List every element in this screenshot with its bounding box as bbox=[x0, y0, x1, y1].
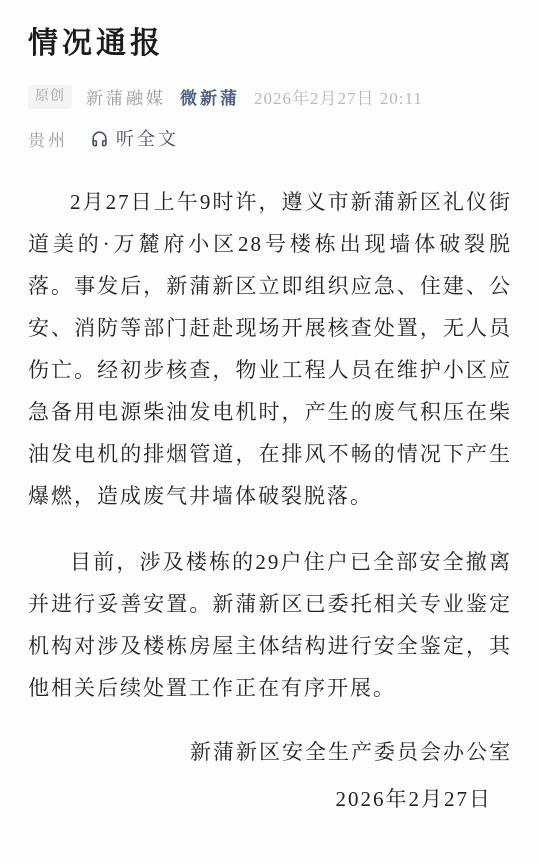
location-label: 贵州 bbox=[28, 126, 68, 151]
listen-full-text-label: 听全文 bbox=[116, 125, 179, 151]
signature-date: 2026年2月27日 bbox=[28, 778, 512, 820]
original-badge: 原创 bbox=[28, 85, 72, 109]
article-meta-row-2: 贵州 听全文 bbox=[28, 125, 512, 151]
wechat-article-page: 情况通报 原创 新蒲融媒 微新蒲 2026年2月27日 20:11 贵州 听全文… bbox=[0, 0, 540, 865]
headphones-icon bbox=[90, 129, 109, 148]
article-title: 情况通报 bbox=[28, 24, 512, 64]
signature-office: 新蒲新区安全生产委员会办公室 bbox=[28, 731, 512, 773]
paragraph-2: 目前，涉及楼栋的29户住户已全部安全撤离并进行妥善安置。新蒲新区已委托相关专业鉴… bbox=[28, 541, 512, 709]
article-body: 2月27日上午9时许，遵义市新蒲新区礼仪街道美的·万麓府小区28号楼栋出现墙体破… bbox=[28, 181, 512, 820]
publish-datetime: 2026年2月27日 20:11 bbox=[254, 84, 423, 109]
listen-full-text-button[interactable]: 听全文 bbox=[90, 125, 179, 151]
author-name[interactable]: 新蒲融媒 bbox=[86, 84, 166, 109]
article-meta-row: 原创 新蒲融媒 微新蒲 2026年2月27日 20:11 bbox=[28, 84, 512, 109]
account-link[interactable]: 微新蒲 bbox=[180, 84, 240, 109]
paragraph-1: 2月27日上午9时许，遵义市新蒲新区礼仪街道美的·万麓府小区28号楼栋出现墙体破… bbox=[28, 181, 512, 517]
